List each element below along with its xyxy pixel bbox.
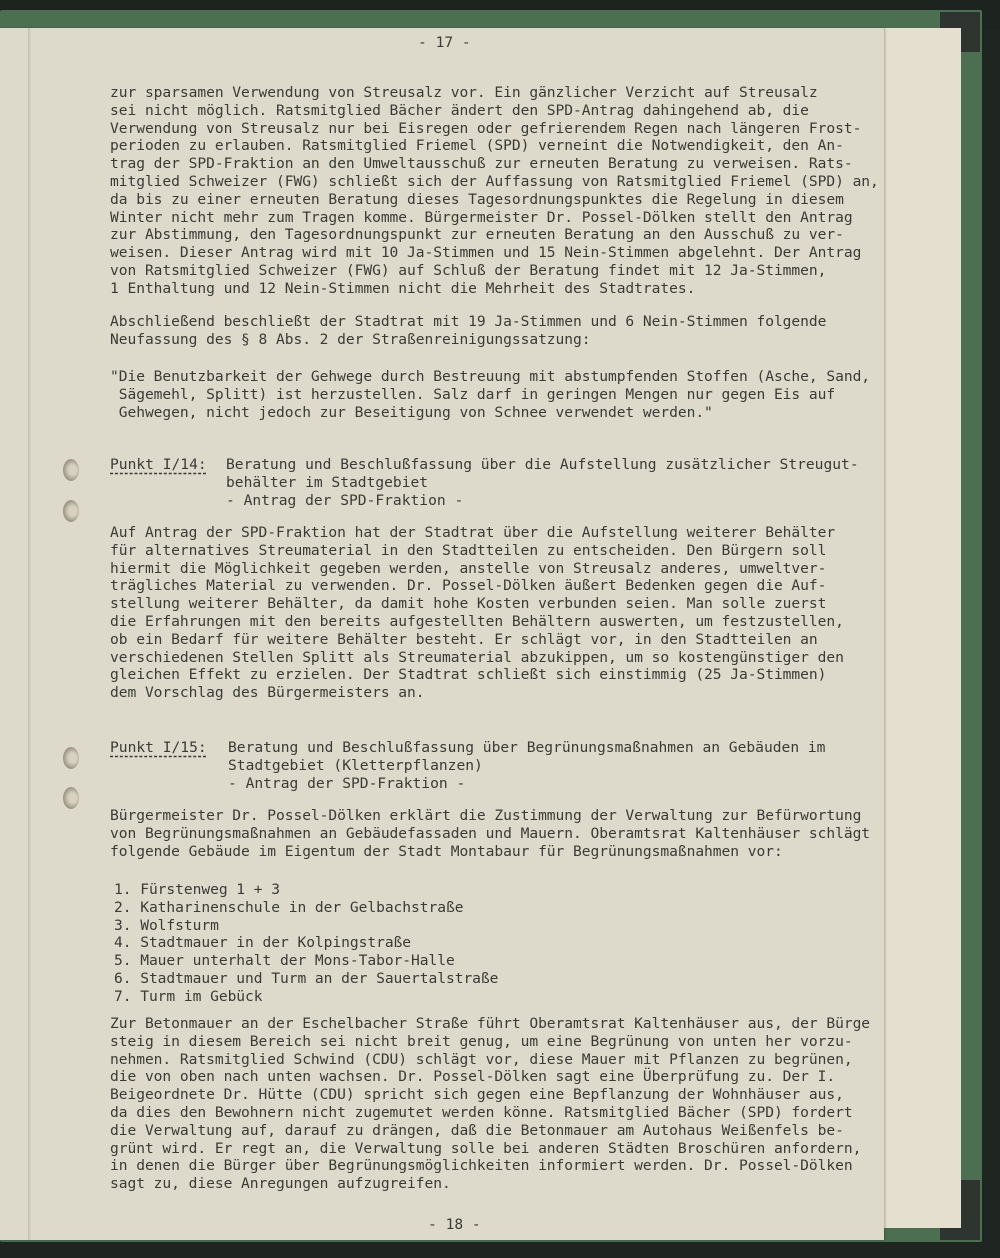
text-line: Verwendung von Streusalz nur bei Eisrege… xyxy=(110,120,879,138)
text-line: 1 Enthaltung und 12 Nein-Stimmen nicht d… xyxy=(110,280,879,298)
punch-hole xyxy=(63,787,79,809)
building-list: 1. Fürstenweg 1 + 32. Katharinenschule i… xyxy=(114,881,498,1006)
text-line: zur Abstimmung, den Tagesordnungspunkt z… xyxy=(110,226,879,244)
text-line: trag der SPD-Fraktion an den Umweltaussc… xyxy=(110,155,879,173)
agenda-item-body-15: Zur Betonmauer an der Eschelbacher Straß… xyxy=(110,1015,870,1193)
title-line: - Antrag der SPD-Fraktion - xyxy=(226,492,859,510)
text-line: da bis zu einer erneuten Beratung dieses… xyxy=(110,191,879,209)
agenda-item-label-15: Punkt I/15: xyxy=(110,739,207,757)
title-line: behälter im Stadtgebiet xyxy=(226,474,859,492)
page-number-bottom: - 18 - xyxy=(428,1216,481,1233)
text-line: in denen die Bürger über Begrünungsmögli… xyxy=(110,1157,870,1175)
list-item: 7. Turm im Gebück xyxy=(114,988,498,1006)
text-line: folgende Gebäude im Eigentum der Stadt M… xyxy=(110,843,870,861)
text-line: für alternatives Streumaterial in den St… xyxy=(110,542,844,560)
agenda-item-title-14: Beratung und Beschlußfassung über die Au… xyxy=(226,456,859,509)
text-line: Auf Antrag der SPD-Fraktion hat der Stad… xyxy=(110,524,844,542)
title-line: Beratung und Beschlußfassung über Begrün… xyxy=(228,739,825,757)
page-number-top: - 17 - xyxy=(418,34,471,51)
quote-line: Sägemehl, Splitt) ist herzustellen. Salz… xyxy=(110,386,870,404)
punch-hole xyxy=(63,459,79,481)
text-line: weisen. Dieser Antrag wird mit 10 Ja-Sti… xyxy=(110,244,879,262)
list-item: 3. Wolfsturm xyxy=(114,917,498,935)
list-item: 1. Fürstenweg 1 + 3 xyxy=(114,881,498,899)
text-line: grünt wird. Er regt an, die Verwaltung s… xyxy=(110,1140,870,1158)
list-item: 5. Mauer unterhalt der Mons-Tabor-Halle xyxy=(114,952,498,970)
text-line: mitglied Schweizer (FWG) schließt sich d… xyxy=(110,173,879,191)
text-line: verschiedenen Stellen Splitt als Streuma… xyxy=(110,649,844,667)
punch-hole xyxy=(63,747,79,769)
text-line: Abschließend beschließt der Stadtrat mit… xyxy=(110,313,826,331)
text-line: gleichen Effekt zu erzielen. Der Stadtra… xyxy=(110,666,844,684)
list-item: 4. Stadtmauer in der Kolpingstraße xyxy=(114,934,498,952)
text-line: die Erfahrungen mit den bereits aufgeste… xyxy=(110,613,844,631)
quote-line: "Die Benutzbarkeit der Gehwege durch Bes… xyxy=(110,368,870,386)
text-line: da dies den Bewohnern nicht zugemutet we… xyxy=(110,1104,870,1122)
list-item: 6. Stadtmauer und Turm an der Sauertalst… xyxy=(114,970,498,988)
title-line: Stadtgebiet (Kletterpflanzen) xyxy=(228,757,825,775)
text-line: dem Vorschlag des Bürgermeisters an. xyxy=(110,684,844,702)
text-line: trägliches Material zu verwenden. Dr. Po… xyxy=(110,577,844,595)
text-line: die Verwaltung auf, darauf zu drängen, d… xyxy=(110,1122,870,1140)
text-line: von Begrünungsmaßnahmen an Gebäudefassad… xyxy=(110,825,870,843)
text-line: Zur Betonmauer an der Eschelbacher Straß… xyxy=(110,1015,870,1033)
title-line: Beratung und Beschlußfassung über die Au… xyxy=(226,456,859,474)
text-line: sei nicht möglich. Ratsmitglied Bächer ä… xyxy=(110,102,879,120)
text-line: die von oben nach unten wachsen. Dr. Pos… xyxy=(110,1068,870,1086)
document-page: - 17 - zur sparsamen Verwendung von Stre… xyxy=(0,28,884,1240)
text-line: stellung weiterer Behälter, da damit hoh… xyxy=(110,595,844,613)
next-page-edge xyxy=(882,28,961,1228)
text-line: ob ein Bedarf für weitere Behälter beste… xyxy=(110,631,844,649)
text-line: zur sparsamen Verwendung von Streusalz v… xyxy=(110,84,879,102)
text-line: nehmen. Ratsmitglied Schwind (CDU) schlä… xyxy=(110,1051,870,1069)
text-line: hiermit die Möglichkeit gegeben werden, … xyxy=(110,560,844,578)
agenda-item-body-14: Auf Antrag der SPD-Fraktion hat der Stad… xyxy=(110,524,844,702)
page-fold xyxy=(28,28,31,1240)
agenda-item-intro-15: Bürgermeister Dr. Possel-Dölken erklärt … xyxy=(110,807,870,860)
title-line: - Antrag der SPD-Fraktion - xyxy=(228,775,825,793)
text-line: Winter nicht mehr zum Tragen komme. Bürg… xyxy=(110,209,879,227)
text-line: perioden zu erlauben. Ratsmitglied Friem… xyxy=(110,137,879,155)
list-item: 2. Katharinenschule in der Gelbachstraße xyxy=(114,899,498,917)
text-line: sagt zu, diese Anregungen aufzugreifen. xyxy=(110,1175,870,1193)
punch-hole xyxy=(63,500,79,522)
text-line: Beigeordnete Dr. Hütte (CDU) spricht sic… xyxy=(110,1086,870,1104)
quoted-regulation: "Die Benutzbarkeit der Gehwege durch Bes… xyxy=(110,368,870,421)
text-line: Bürgermeister Dr. Possel-Dölken erklärt … xyxy=(110,807,870,825)
text-line: Neufassung des § 8 Abs. 2 der Straßenrei… xyxy=(110,331,826,349)
paragraph-continuation: zur sparsamen Verwendung von Streusalz v… xyxy=(110,84,879,298)
text-line: von Ratsmitglied Schweizer (FWG) auf Sch… xyxy=(110,262,879,280)
agenda-item-label-14: Punkt I/14: xyxy=(110,456,207,474)
text-line: steig in diesem Bereich sei nicht breit … xyxy=(110,1033,870,1051)
agenda-item-title-15: Beratung und Beschlußfassung über Begrün… xyxy=(228,739,825,792)
paragraph-resolution: Abschließend beschließt der Stadtrat mit… xyxy=(110,313,826,349)
quote-line: Gehwegen, nicht jedoch zur Beseitigung v… xyxy=(110,404,870,422)
